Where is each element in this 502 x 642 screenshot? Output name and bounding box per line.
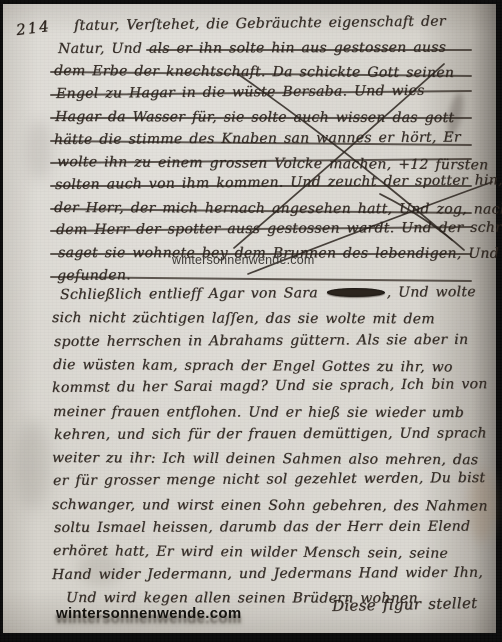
line-text: Schließlich entlieff Agar von Sara bbox=[60, 285, 325, 303]
manuscript-line: dem Erbe der knechtschaft. Da schickte G… bbox=[54, 63, 454, 81]
manuscript-line: die wüsten kam, sprach der Engel Gottes … bbox=[53, 357, 453, 375]
manuscript-line: Engel zu Hagar in die wüste Bersaba. Und… bbox=[56, 83, 425, 102]
manuscript-line: sich nicht züchtigen laſſen, das sie wol… bbox=[52, 310, 435, 327]
manuscript-line: gefunden. bbox=[57, 267, 131, 284]
manuscript-line: hätte die stimme des Knaben san wannes e… bbox=[54, 129, 461, 147]
center-watermark: wintersonnenwende.com bbox=[172, 253, 314, 267]
manuscript-line: kehren, und sich für der frauen demüttig… bbox=[54, 425, 487, 443]
line-text: , Und wolte bbox=[387, 284, 476, 301]
manuscript-line: schwanger, und wirst einen Sohn gebehren… bbox=[52, 497, 488, 515]
manuscript-line: Schließlich entlieff Agar von Sara , Und… bbox=[60, 284, 476, 303]
manuscript-line: Natur, Und als er ihn solte hin aus gest… bbox=[58, 39, 446, 56]
manuscript-line: erhöret hatt, Er wird ein wilder Mensch … bbox=[53, 543, 448, 562]
manuscript-line: Hand wider Jedermann, und Jedermans Hand… bbox=[52, 564, 483, 582]
manuscript-line: der Herr, der mich hernach angesehen hat… bbox=[54, 200, 502, 218]
manuscript-line: dem Herr der spotter auss gestossen ward… bbox=[56, 220, 502, 238]
closing-line: Diese figur stellet bbox=[332, 594, 478, 615]
manuscript-line: Hagar da Wasser für, sie solte auch wiss… bbox=[55, 109, 454, 126]
bottom-watermark: wintersonnenwende.com bbox=[56, 605, 242, 622]
manuscript-line: spotte herrschen in Abrahams güttern. Al… bbox=[54, 331, 468, 349]
scanned-manuscript-photo: 214 ſtatur, Verſtehet, die Gebräuchte ei… bbox=[0, 0, 502, 642]
manuscript-line: soltu Ismael heissen, darumb das der Her… bbox=[54, 519, 470, 536]
ink-blot-crossed-word bbox=[327, 287, 385, 296]
manuscript-line: meiner frauen entflohen. Und er hieß sie… bbox=[53, 404, 464, 421]
manuscript-line: weiter zu ihr: Ich will deinen Sahmen al… bbox=[52, 450, 478, 468]
